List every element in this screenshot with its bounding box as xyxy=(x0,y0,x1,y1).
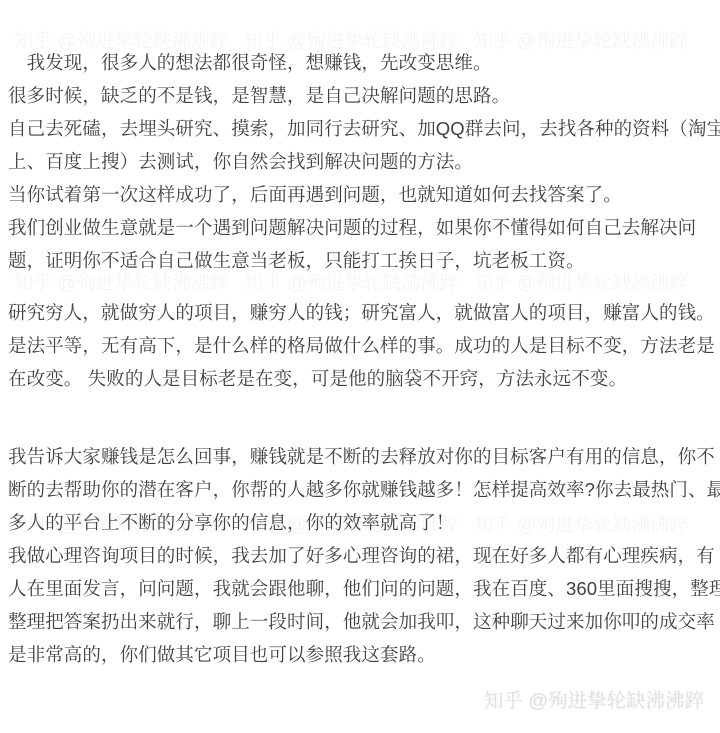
text-line: 自己去死磕，去埋头研究、摸索，加同行去研究、加QQ群去问，去找各种的资料（淘宝 xyxy=(8,112,716,145)
text-line: 是法平等，无有高下，是什么样的格局做什么样的事。成功的人是目标不变，方法老是 xyxy=(8,329,716,362)
text-line: 在改变。 失败的人是目标老是在变，可是他的脑袋不开窍，方法永远不变。 xyxy=(8,362,716,395)
paragraph-1: 我发现，很多人的想法都很奇怪，想赚钱，先改变思维。 很多时候，缺乏的不是钱，是智… xyxy=(8,46,716,277)
zhihu-watermark: 知乎 @殉进挚轮缺沸沸踤 xyxy=(484,689,704,713)
text-line: 人在里面发言，问问题，我就会跟他聊，他们问的问题，我在百度、360里面搜搜，整理 xyxy=(8,572,716,605)
text-line: 研究穷人，就做穷人的项目，赚穷人的钱；研究富人，就做富人的项目，赚富人的钱。 xyxy=(8,296,716,329)
text-line: 我做心理咨询项目的时候，我去加了好多心理咨询的裙，现在好多人都有心理疾病，有 xyxy=(8,539,716,572)
text-line: 多人的平台上不断的分享你的信息，你的效率就高了！ xyxy=(8,506,716,539)
paragraph-2: 研究穷人，就做穷人的项目，赚穷人的钱；研究富人，就做富人的项目，赚富人的钱。 是… xyxy=(8,296,716,395)
zhihu-watermark-text: 知乎 @殉进挚轮缺沸沸踤 xyxy=(484,690,704,712)
text-line: 题，证明你不适合自己做生意当老板，只能打工挨日子，坑老板工资。 xyxy=(8,244,716,277)
text-line: 断的去帮助你的潜在客户，你帮的人越多你就赚钱越多！怎样提高效率?你去最热门、最 xyxy=(8,473,716,506)
text-line: 上、百度上搜）去测试，你自然会找到解决问题的方法。 xyxy=(8,145,716,178)
text-line: 当你试着第一次这样成功了，后面再遇到问题，也就知道如何去找答案了。 xyxy=(8,178,716,211)
text-line: 是非常高的，你们做其它项目也可以参照我这套路。 xyxy=(8,638,716,671)
text-line: 我告诉大家赚钱是怎么回事，赚钱就是不断的去释放对你的目标客户有用的信息，你不 xyxy=(8,440,716,473)
text-line: 我们创业做生意就是一个遇到问题解决问题的过程，如果你不懂得如何自己去解决问 xyxy=(8,211,716,244)
text-line: 我发现，很多人的想法都很奇怪，想赚钱，先改变思维。 xyxy=(8,46,716,79)
text-line: 整理把答案扔出来就行，聊上一段时间，他就会加我叩，这种聊天过来加你叩的成交率 xyxy=(8,605,716,638)
text-line: 很多时候，缺乏的不是钱，是智慧，是自己决解问题的思路。 xyxy=(8,79,716,112)
article-text: 我发现，很多人的想法都很奇怪，想赚钱，先改变思维。 很多时候，缺乏的不是钱，是智… xyxy=(8,46,716,671)
paragraph-3: 我告诉大家赚钱是怎么回事，赚钱就是不断的去释放对你的目标客户有用的信息，你不 断… xyxy=(8,440,716,671)
page: 知乎 @殉进挚轮缺沸沸踤 知乎 @殉进挚轮缺沸沸踤 知乎 @殉进挚轮缺沸沸踤 知… xyxy=(0,0,720,733)
